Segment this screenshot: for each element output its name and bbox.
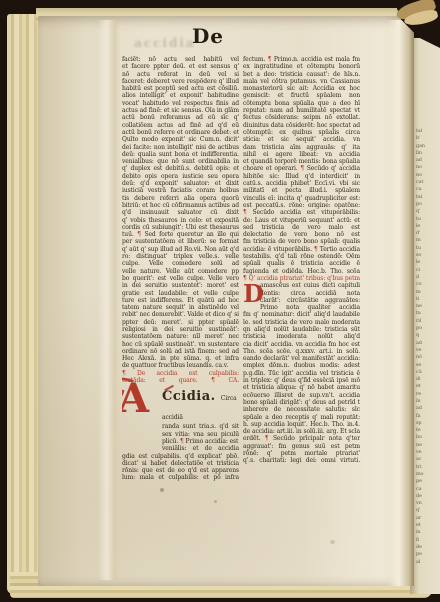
running-title: De	[192, 24, 224, 48]
strip-text-line: de	[416, 544, 438, 551]
parchment-stain	[214, 500, 217, 503]
strip-text-line: nō	[416, 354, 438, 361]
text-line: amascēus est cuius dicti capituli prece	[260, 282, 360, 289]
strip-text-line: q'	[416, 507, 438, 514]
text-line: ppter deū: meret'. si ppter spūalē demer…	[122, 319, 239, 326]
strip-text-line: q	[416, 332, 438, 339]
strip-text-line: tal	[416, 194, 438, 201]
text-line: fugienda et odiēda. Hec.b. Tho. scēa scē…	[243, 268, 360, 275]
strip-text-line: ca	[416, 186, 438, 193]
text-column-right: fectum. ¶ Primo.n. accidia est mala fm s…	[243, 56, 360, 482]
text-line: hibitōe sic: Illud q'd interdicit' in sc…	[243, 173, 360, 180]
text-line: q'.s. charitati: legi dei: omni virtuti.…	[243, 457, 360, 464]
text-line: erdēt. ¶ Secūdo prīcipalr nota q'ter pet…	[243, 435, 360, 442]
strip-text-line: po	[416, 201, 438, 208]
text-line: velle nature. Velle aūt comedere pp volu…	[122, 268, 239, 275]
showthrough-ghost-text: accidia	[134, 36, 196, 50]
lombard-initial-d: D	[243, 282, 264, 306]
text-line: dei facite: non intelligit' nisi de acti…	[122, 144, 239, 151]
text-line: tristicia imoderata nolūt aliq'd vituper…	[243, 333, 360, 340]
text-line: spūali qualis ē tristicia accidie ē pnic…	[243, 260, 360, 267]
strip-text-line: cat	[416, 179, 438, 186]
text-line: ecōuerso illisret de sup.vn't. accidia i…	[243, 392, 360, 399]
text-line: ro: distinguat' triplex velle.s. velle g…	[122, 253, 239, 260]
strip-text-line: d	[416, 274, 438, 281]
text-line: vinculis eī: incita q' quadrupliciter es…	[243, 195, 360, 202]
text-line: cōtemptu bona spūalia que a deo hī quasi…	[243, 100, 360, 107]
text-line: tuū. ¶ Sed forte queretur an ille qui vu…	[122, 231, 239, 238]
strip-text-line: tal	[416, 128, 438, 135]
text-line: deū: q'd exponit' saluator: et dixit Mat…	[122, 180, 239, 187]
text-line: sticia: et sic sequit' accidia. vn Damas…	[243, 136, 360, 143]
strip-text-line: ci	[416, 267, 438, 274]
strip-text-line: ti	[416, 296, 438, 303]
text-line: fm tristicia de vero bono spūali: qualis…	[243, 238, 360, 245]
text-line: habitū est pceptū sed actu est cōsiliū. …	[122, 85, 239, 92]
rubric-mark: ¶	[180, 438, 184, 445]
strip-text-line: m	[416, 237, 438, 244]
text-line: ex ingratitudine et cōtemptu bonorū spūa…	[243, 63, 360, 70]
left-part3: gdia est culpabilis. q'd explicat' pbō. …	[122, 453, 239, 482]
text-line: collatiōem actus ad finē ad q'd eū rōnab…	[122, 122, 239, 129]
text-line: ordinare nō solū ad istā finem: sed ad s…	[122, 348, 239, 355]
text-line: le. sed tristicia de vero malo moderata …	[243, 319, 360, 326]
strip-text-line: et	[416, 383, 438, 390]
rubric-mark: ¶	[314, 246, 318, 253]
text-column-left: faciēt: nō actu sed habitū vel aptitudin…	[122, 56, 239, 482]
strip-text-line: le	[416, 223, 438, 230]
strip-text-line: al	[416, 559, 438, 566]
strip-text-line: bo	[416, 434, 438, 441]
parchment-stain	[160, 488, 164, 492]
strip-text-line: ad	[416, 340, 438, 347]
text-line: in triplex: q' deus q'līd essēciā ipsē m…	[243, 377, 360, 384]
text-line: q' vobis thesauros in celo: et expositā …	[122, 217, 239, 224]
strip-text-line: tu	[416, 216, 438, 223]
strip-text-line: ca	[416, 486, 438, 493]
text-line: nihil ei agere libeat: vn accidia import…	[243, 151, 360, 158]
strip-text-line: ar	[416, 515, 438, 522]
text-line: ¶ Secūdo accidia est vituperābilis: quod…	[243, 209, 360, 216]
text-line: nō actu referat in deū vel si interrogar…	[122, 71, 239, 78]
strip-text-line: ve	[416, 449, 438, 456]
strip-text-line: ne	[416, 442, 438, 449]
text-line: fm q' nominatur: dicit' aliq'd laudabile	[243, 311, 360, 318]
strip-text-line: d'	[416, 230, 438, 237]
rubric-mark: ¶	[300, 165, 304, 172]
strip-text-line: et	[416, 522, 438, 529]
strip-text-line: pe	[416, 478, 438, 485]
text-line: diuinitus data cōsiderēt: hoc spectat ad…	[243, 122, 360, 129]
text-line: religiosi in dei seruitio sustineāt': mo…	[122, 326, 239, 333]
text-line: alios intelligit' et exponit' habitudine…	[122, 92, 239, 99]
text-line: delectatio de vero bono nō est laudabili…	[243, 231, 360, 238]
text-line: cordis cū subiungit': Ubi est thesaurus …	[122, 224, 239, 231]
lines-beside-initial: amascēus est cuius dicti capituli preced…	[260, 282, 360, 311]
rubric-mark: ¶	[137, 231, 141, 238]
strip-text-line: fi	[416, 537, 438, 544]
text-line: gemiscit: et fructū spūalem non hābeat: …	[243, 92, 360, 99]
text-line: eando declarāt' vel manifestāt' accidia:…	[243, 355, 360, 362]
text-line: debito opis opera iusticie seu opera spū…	[122, 173, 239, 180]
page-curl-highlight	[386, 20, 414, 586]
text-line: fectum. ¶ Primo.n. accidia est mala fm s…	[243, 56, 360, 63]
text-line: sex vitia: vna seu piculū penitē	[162, 431, 239, 438]
text-line: tatem nature sequit' in abstinēdo vel co…	[122, 304, 239, 311]
text-line: p.g.dīn. Tūc igit' accidia vel tristicia…	[243, 370, 360, 377]
rubric-mark: ¶	[268, 56, 272, 63]
text-line: lum: mala et culpabilis: et pō infra Del…	[122, 474, 239, 481]
text-line: bono spūali dirigāt': q' deus ad petrīd …	[243, 399, 360, 406]
text-line: monasteriorū sic ait: Accidia ex hoc pue…	[243, 85, 360, 92]
text-line: dam tristicia aīm aggrauās: q' ita depri…	[243, 144, 360, 151]
text-line: est peccatū.s. rōne: origine: opatōne: e…	[243, 202, 360, 209]
text-line: mala vel cōtra putamus. vn Cassianus in.…	[243, 78, 360, 85]
text-line: rebit' nec demerebit'. Valde et dico q' …	[122, 311, 239, 318]
text-line: venialibus: que nō sunt ordinabilia in d…	[122, 158, 239, 165]
text-line: et facere ppter deū. et est sensus q' qu…	[122, 63, 239, 70]
strip-text-line: ac	[416, 456, 438, 463]
text-line: bet a deo: tristicia causat': de hīs.n. …	[243, 71, 360, 78]
strip-text-line: ve	[416, 347, 438, 354]
text-line: vocat' habitudo vel respectus finis ad a…	[122, 100, 239, 107]
strip-text-line: ad	[416, 405, 438, 412]
text-line: de accidia: art.iii. in solū.iii. arg. E…	[243, 428, 360, 435]
text-line: Primo nota qualiter accidia declarāt'. n…	[260, 304, 360, 311]
strip-text-line: no	[416, 164, 438, 171]
text-line: veniālis: et de accidia culpabili vi	[162, 445, 239, 452]
text-line: sustentatōem nature: nīl meret' nec pecc…	[122, 333, 239, 340]
text-line: culpe. Velle comedere solū ad sustentatō…	[122, 260, 239, 267]
strip-text-line: in	[416, 529, 438, 536]
text-line: cia dicit' accidia. vn accidia fm hoc es…	[243, 341, 360, 348]
strip-text-line: se	[416, 362, 438, 369]
strip-text-line: in	[416, 398, 438, 405]
page-edges-left	[7, 14, 40, 594]
text-line: gratie est laudabile: et velle culpe vit…	[122, 290, 239, 297]
page-crease	[98, 20, 120, 580]
text-line: Hec Alexā. in pte sūma. q. et infra Juxt…	[122, 355, 239, 362]
text-line: aggrauat': fm genus suū est petm mortale…	[243, 443, 360, 450]
strip-text-line: tri	[416, 464, 438, 471]
strip-text-line: mo	[416, 471, 438, 478]
text-line: rōnis: que est de eo q'd est apparens bo…	[122, 467, 239, 474]
rubric-mark: ¶	[265, 435, 269, 442]
text-line: de quattuor fructibus leuandis. ca.v.	[122, 362, 239, 369]
strip-text-line: tu	[416, 245, 438, 252]
text-line: iusticiā vestrā faciatis coram hoībus et…	[122, 187, 239, 194]
strip-text-line: pe	[416, 551, 438, 558]
text-line: spūale a deo receptis q' mali reputāt: s…	[243, 414, 360, 421]
text-line: tis debere referri alia opera quorū prin…	[122, 195, 239, 202]
text-line: de: Laus et vituperiū sequunt' actū: et …	[243, 217, 360, 224]
text-line: bitriū: et hoc cū cōfirmamus actibus ad …	[122, 202, 239, 209]
accidia-heading-block: Ccidia. Circa accidiā randa sunt tria.s.…	[162, 385, 239, 452]
parchment-stain	[330, 540, 335, 544]
strip-text-line: so	[416, 252, 438, 259]
strip-text-line: lin	[416, 150, 438, 157]
rubric-mark: ¶	[243, 209, 247, 216]
text-line: Tho. scēa scēe. q.xxxv. art.i. in solū. …	[243, 348, 360, 355]
strip-text-line: de	[416, 493, 438, 500]
chapter-word: Ccidia.	[162, 389, 216, 404]
text-line: hoc cū spūalē sustineāt'. vn sustentare …	[122, 341, 239, 348]
strip-text-line: ne	[416, 303, 438, 310]
strip-text-line: ta	[416, 310, 438, 317]
text-line: actus ad finē: et sic sensus. Oīa in glā…	[122, 107, 239, 114]
strip-text-line: ril	[416, 318, 438, 325]
strip-text-line: m	[416, 289, 438, 296]
damascenus-paragraph-start: D amascēus est cuius dicti capituli prec…	[243, 282, 360, 311]
left-part1: faciēt: nō actu sed habitū vel aptitudin…	[122, 56, 239, 384]
accidia-chapter-start: A Ccidia. Circa accidiā randa sunt tria.…	[122, 385, 239, 452]
text-line: cōtemptū: ex quibus spūalis circa diuina…	[243, 129, 360, 136]
lines-beside-initial: randa sunt tria.s. q'd sit pecsex vitia:…	[162, 423, 239, 452]
strip-text-line: di	[416, 376, 438, 383]
text-line: emplex dōm.n. duobus modis: adest merito	[243, 362, 360, 369]
strip-text-line: te	[416, 427, 438, 434]
right-part1: fectum. ¶ Primo.n. accidia est mala fm s…	[243, 56, 360, 282]
strip-text-line: q'	[416, 208, 438, 215]
text-line: per sustentatōem et liberū: se format na…	[122, 238, 239, 245]
strip-text-line: ad	[416, 157, 438, 164]
text-line: qn aliq'd nolūt laudabile: tristicia sūt…	[243, 326, 360, 333]
text-line: plicū. ¶ Primo accidia: est	[162, 438, 239, 445]
text-line: testabilis. q'd tali rōne ostendō: Oēm p…	[243, 253, 360, 260]
strip-text-line: co	[416, 281, 438, 288]
strip-text-line: no	[416, 172, 438, 179]
strip-text-line: gan	[416, 143, 438, 150]
text-line: ture est indifferens. Et quātū ad hoc po…	[122, 297, 239, 304]
text-line: accidia: ē vituperābilis. ¶ Tertio accid…	[243, 246, 360, 253]
text-line: in dei seruitio sustentet': moret' est v…	[122, 282, 239, 289]
strip-text-line: vn	[416, 500, 438, 507]
book-photo: accidia De faciēt: nō actu sed habitū ve…	[0, 0, 440, 602]
text-line: q'd insinuauit saluator cū dixit Matth.v…	[122, 209, 239, 216]
strip-text-line: po	[416, 325, 438, 332]
text-line: actū bonū referre et ordinare debet: et …	[122, 129, 239, 136]
text-line: actū bonū referamus ad eū sīc q' loquimu…	[122, 114, 239, 121]
lombard-initial-a: A	[122, 382, 149, 416]
text-line: h. sup accidia loquit'. Hec.b. Tho. in.4…	[243, 421, 360, 428]
text-line: gdia est culpabilis. q'd explicat' pbō. …	[122, 453, 239, 460]
text-line: fectus cōsiderans: seipm nō extollat. se…	[243, 114, 360, 121]
strip-text-line: fa	[416, 413, 438, 420]
text-line: q' aūt q' sup illud ad Ro.vii. Non aūt q…	[122, 246, 239, 253]
text-line: q' duplex est debitū.s. debitū opis: et …	[122, 165, 239, 172]
text-line: rōnē: q' petm mortale ptrariat' speciali…	[243, 450, 360, 457]
text-line: reputat: nam ad humilitatē spectat vt ho…	[243, 107, 360, 114]
text-line: clarāt': circūstātie aggrauātes: remedia…	[260, 297, 360, 304]
running-title-area: accidia De	[38, 24, 378, 52]
text-line: choare et operari. ¶ Secūdo q' accidia s…	[243, 165, 360, 172]
strip-text-line: sp	[416, 420, 438, 427]
text-line: sed tristicia de vero malo est laudabili…	[243, 224, 360, 231]
text-line: randa sunt tria.s. q'd sit pec	[162, 423, 239, 430]
text-line: bo querit': est velle culpe. Velle vero …	[122, 275, 239, 282]
text-line: deū: qualia sunt bona et indifferentia. …	[122, 151, 239, 158]
text-line: Quīto modo exponit' sic Cum.n. dicit' Oī…	[122, 136, 239, 143]
text-line: dentis: circa accidiā nota quattuor.s. d…	[260, 290, 360, 297]
text-line: et tristicia aliqua: q' nō habet amaritu	[243, 384, 360, 391]
next-page-text-strip: talb'ganlinadnonocatcatalpoq'tuled'mtuso…	[416, 128, 438, 568]
text-line: inherere de necessitate salutis: sīc ing…	[243, 406, 360, 413]
strip-text-line: cū	[416, 369, 438, 376]
text-line: faceret: deberet vere respōdere q' illud…	[122, 78, 239, 85]
text-line: dicat' si habet delectatiōe et tristicia…	[122, 460, 239, 467]
text-line: catū.s. accidia phibet' Eccī.vi. vbi sic…	[243, 180, 360, 187]
text-line: et quandā torporē mentis: bona spūalia n…	[243, 158, 360, 165]
strip-text-line: re	[416, 391, 438, 398]
strip-text-line: le	[416, 259, 438, 266]
text-line: faciēt: nō actu sed habitū vel aptitudin…	[122, 56, 239, 63]
right-part3: fm q' nominatur: dicit' aliq'd laudabile…	[243, 311, 360, 464]
text-line: militatī et pecta illud.i. spūalem sapia…	[243, 187, 360, 194]
strip-text-line: b'	[416, 135, 438, 142]
